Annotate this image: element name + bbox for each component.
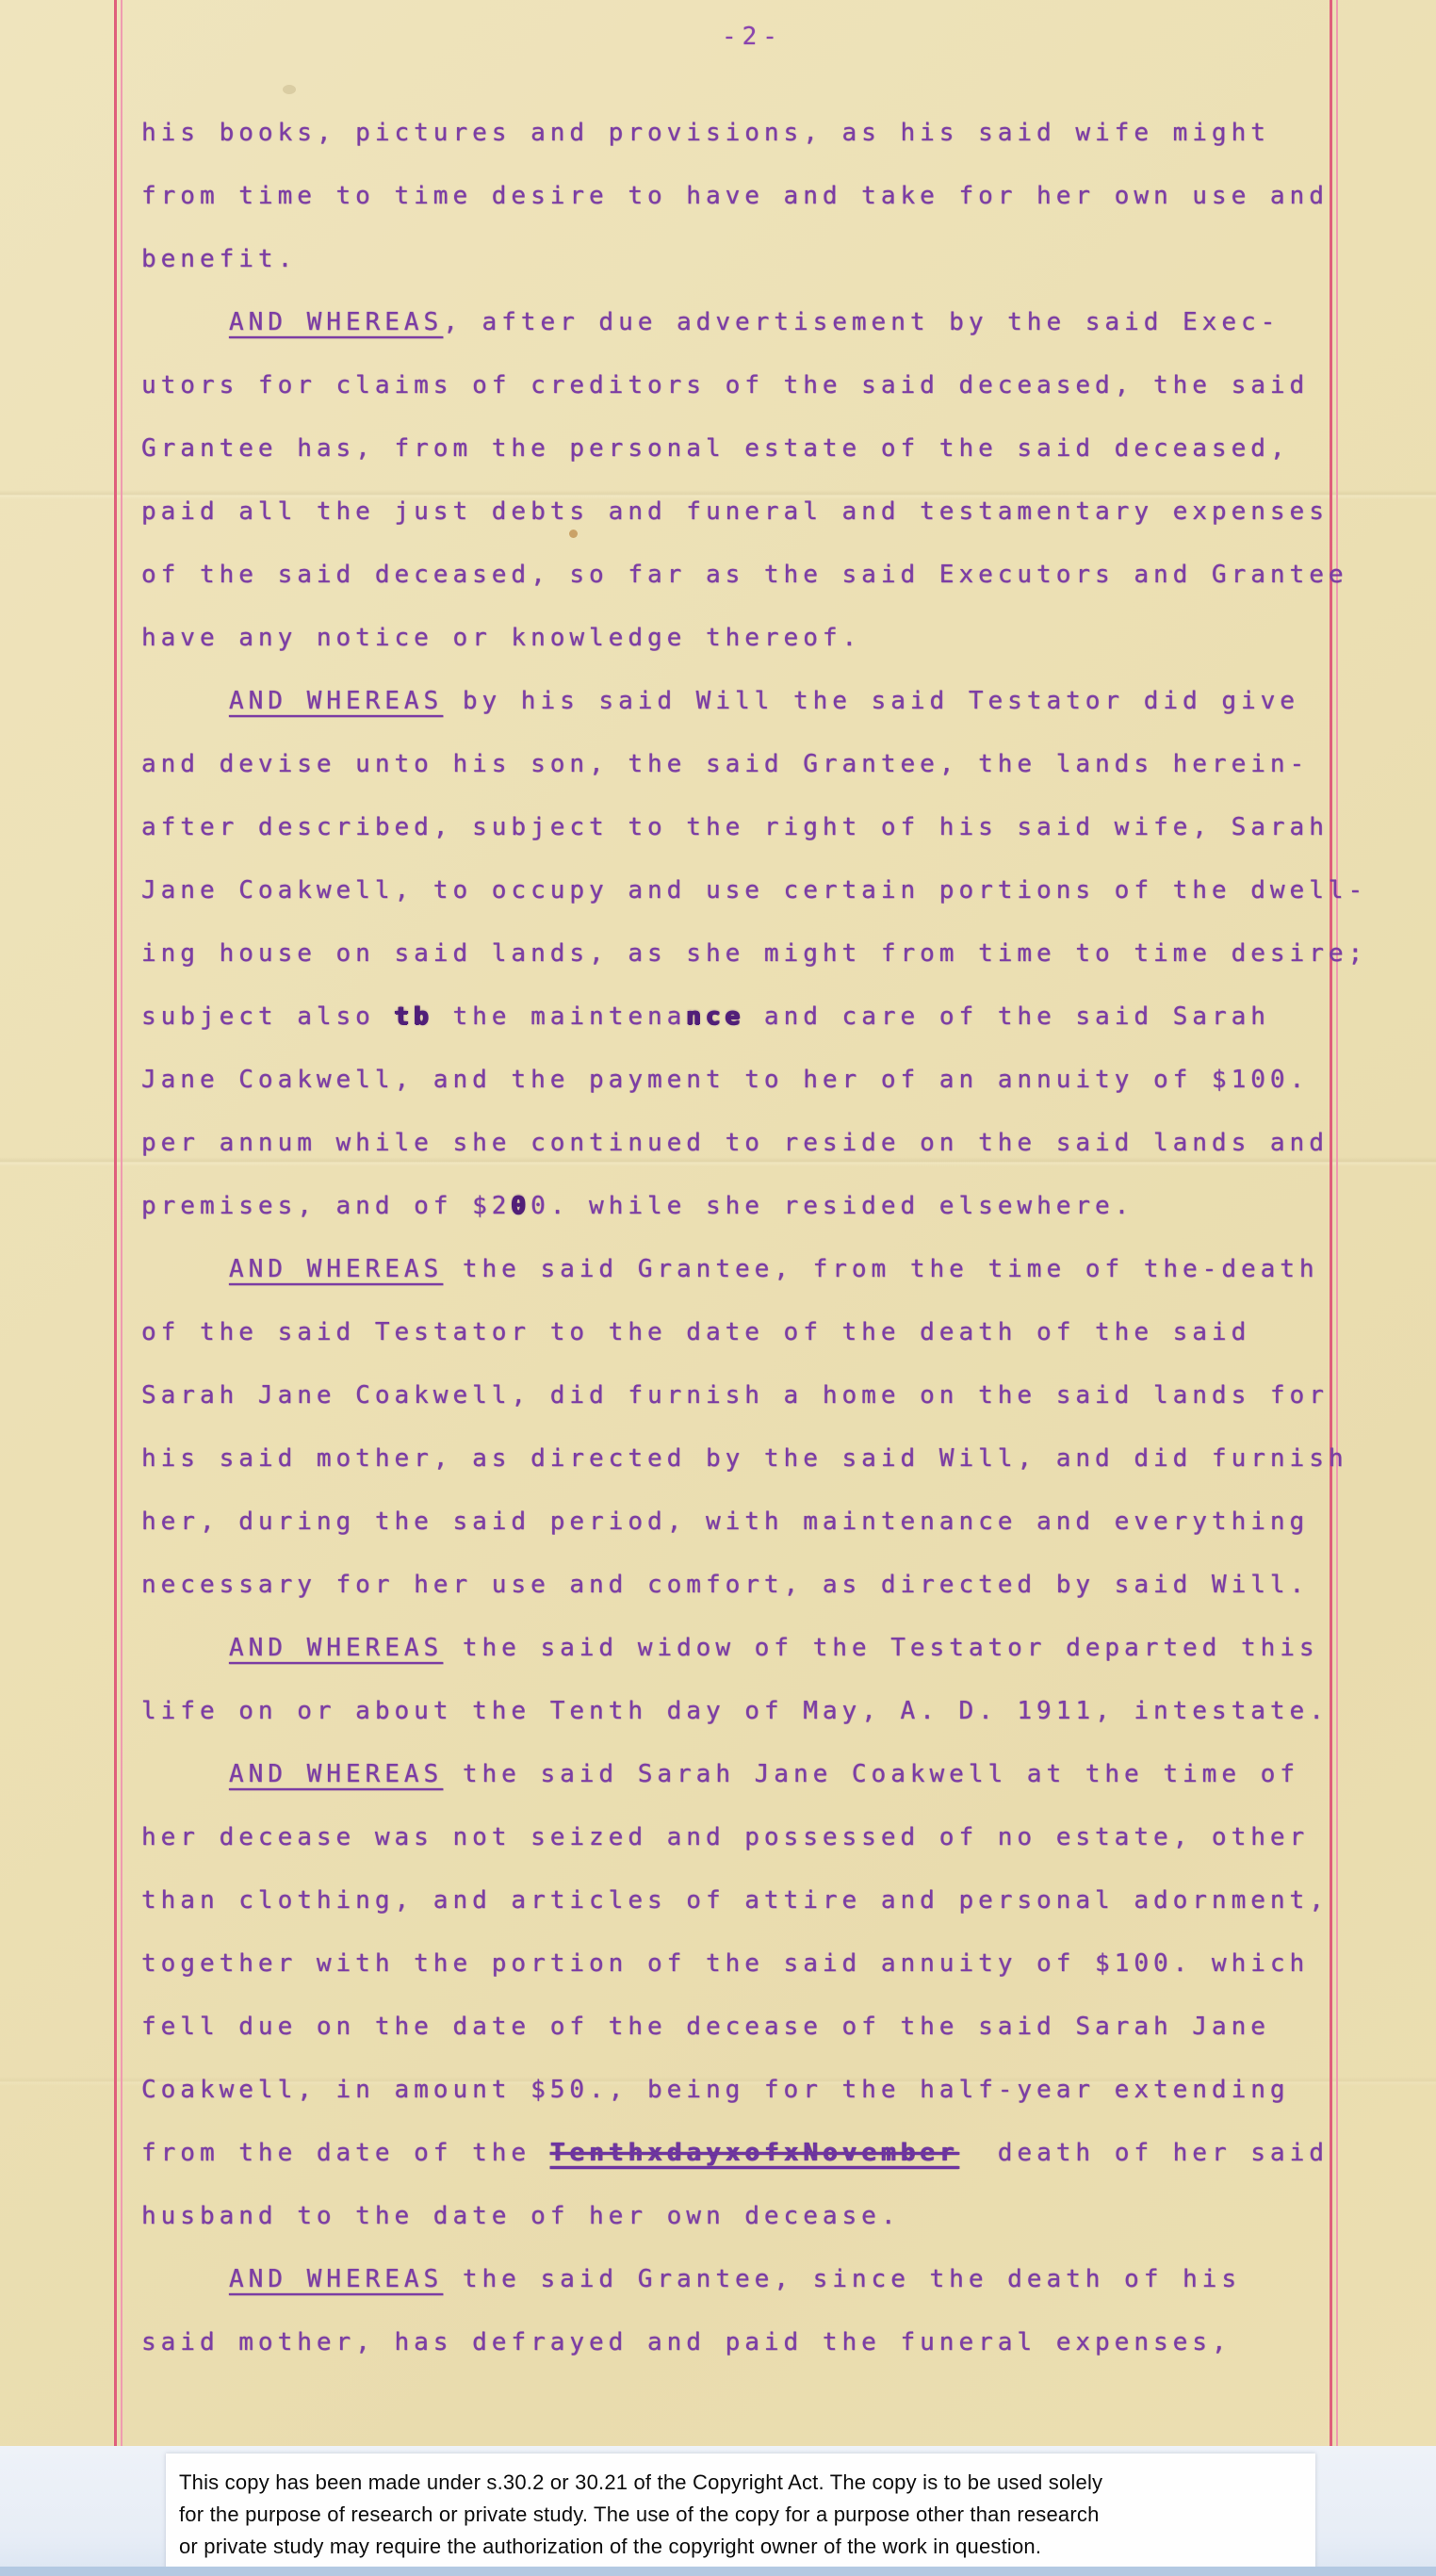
typed-segment: his books, pictures and provisions, as h… xyxy=(141,119,1270,147)
typed-segment-strike: TenthxdayxofxNovember xyxy=(550,2139,959,2167)
typed-line: Jane Coakwell, to occupy and use certain… xyxy=(141,859,1395,922)
typed-line: necessary for her use and comfort, as di… xyxy=(141,1554,1395,1617)
typed-segment: paid all the just debts and funeral and … xyxy=(141,497,1329,526)
typed-segment: of the said deceased, so far as the said… xyxy=(141,561,1348,589)
typed-segment: Coakwell, in amount $50., being for the … xyxy=(141,2076,1290,2104)
typed-line: than clothing, and articles of attire an… xyxy=(141,1869,1395,1932)
typed-segment: her, during the said period, with mainte… xyxy=(141,1508,1309,1536)
typed-segment-u: AND WHEREAS xyxy=(229,1255,443,1283)
typed-segment: after described, subject to the right of… xyxy=(141,813,1329,841)
typed-line: AND WHEREAS the said Grantee, since the … xyxy=(141,2248,1395,2311)
typed-line: husband to the date of her own decease. xyxy=(141,2185,1395,2248)
typed-segment: the said Grantee, since the death of his xyxy=(443,2265,1241,2293)
typed-segment: per annum while she continued to reside … xyxy=(141,1129,1329,1157)
left-margin-line-inner xyxy=(121,0,122,2470)
typed-segment-u: AND WHEREAS xyxy=(229,687,443,715)
typed-segment: the maintena xyxy=(433,1003,687,1031)
typed-segment-u: AND WHEREAS xyxy=(229,308,443,336)
typed-line: and devise unto his son, the said Grante… xyxy=(141,733,1395,796)
typed-segment: by his said Will the said Testator did g… xyxy=(443,687,1299,715)
typed-line: Sarah Jane Coakwell, did furnish a home … xyxy=(141,1364,1395,1427)
typed-line: together with the portion of the said an… xyxy=(141,1932,1395,1996)
typed-segment: husband to the date of her own decease. xyxy=(141,2202,900,2230)
typed-line: subject also tb the maintenance and care… xyxy=(141,986,1395,1049)
typed-segment: said mother, has defrayed and paid the f… xyxy=(141,2328,1232,2356)
typed-line: Coakwell, in amount $50., being for the … xyxy=(141,2059,1395,2122)
typed-line: premises, and of $200. while she resided… xyxy=(141,1175,1395,1238)
typed-line: AND WHEREAS the said Sarah Jane Coakwell… xyxy=(141,1743,1395,1806)
typed-segment: Jane Coakwell, to occupy and use certain… xyxy=(141,876,1367,905)
typed-segment: life on or about the Tenth day of May, A… xyxy=(141,1697,1329,1725)
typed-line: from the date of the TenthxdayxofxNovemb… xyxy=(141,2122,1395,2185)
paper-sheet: -2- his books, pictures and provisions, … xyxy=(0,0,1436,2470)
copyright-notice-line: for the purpose of research or private s… xyxy=(179,2499,1315,2531)
typed-segment: 0. while she resided elsewhere. xyxy=(530,1192,1134,1220)
left-margin-line-outer xyxy=(114,0,117,2470)
typed-line: his said mother, as directed by the said… xyxy=(141,1427,1395,1491)
typed-segment: the said widow of the Testator departed … xyxy=(443,1634,1318,1662)
typed-line: paid all the just debts and funeral and … xyxy=(141,481,1395,544)
typed-line: AND WHEREAS by his said Will the said Te… xyxy=(141,670,1395,733)
page-number: -2- xyxy=(722,23,783,51)
typed-segment: death of her said xyxy=(958,2139,1328,2167)
typed-segment: of the said Testator to the date of the … xyxy=(141,1318,1250,1346)
typed-segment: , after due advertisement by the said Ex… xyxy=(443,308,1280,336)
typed-segment: the said Grantee, from the time of the-d… xyxy=(443,1255,1318,1283)
typed-segment-u: AND WHEREAS xyxy=(229,2265,443,2293)
typed-line: of the said Testator to the date of the … xyxy=(141,1301,1395,1364)
scanned-document-screenshot: { "page": { "label": "-2-" }, "colors": … xyxy=(0,0,1436,2576)
typed-segment: Jane Coakwell, and the payment to her of… xyxy=(141,1066,1309,1094)
typed-line: AND WHEREAS the said widow of the Testat… xyxy=(141,1617,1395,1680)
typed-segment: from the date of the xyxy=(141,2139,550,2167)
typed-line: after described, subject to the right of… xyxy=(141,796,1395,859)
typed-segment-u: AND WHEREAS xyxy=(229,1634,443,1662)
typed-line: Grantee has, from the personal estate of… xyxy=(141,417,1395,481)
typed-line: per annum while she continued to reside … xyxy=(141,1112,1395,1175)
typed-segment: Sarah Jane Coakwell, did furnish a home … xyxy=(141,1381,1329,1410)
copyright-notice-line: This copy has been made under s.30.2 or … xyxy=(179,2467,1315,2499)
typed-segment: fell due on the date of the decease of t… xyxy=(141,2013,1270,2041)
typed-line: from time to time desire to have and tak… xyxy=(141,165,1395,228)
typed-segment: have any notice or knowledge thereof. xyxy=(141,624,861,652)
typed-segment: and devise unto his son, the said Grante… xyxy=(141,750,1309,778)
typed-segment: Grantee has, from the personal estate of… xyxy=(141,434,1290,463)
typed-line: fell due on the date of the decease of t… xyxy=(141,1996,1395,2059)
typed-segment: premises, and of $2 xyxy=(141,1192,511,1220)
typed-segment: and care of the said Sarah xyxy=(744,1003,1270,1031)
typed-text-body: his books, pictures and provisions, as h… xyxy=(141,102,1395,2374)
typed-segment: than clothing, and articles of attire an… xyxy=(141,1886,1329,1915)
typed-segment: ing house on said lands, as she might fr… xyxy=(141,939,1367,968)
typed-line: life on or about the Tenth day of May, A… xyxy=(141,1680,1395,1743)
typed-line: AND WHEREAS the said Grantee, from the t… xyxy=(141,1238,1395,1301)
typed-line: said mother, has defrayed and paid the f… xyxy=(141,2311,1395,2374)
paper-stain xyxy=(283,85,296,94)
typed-segment-u: AND WHEREAS xyxy=(229,1760,443,1788)
typed-line: utors for claims of creditors of the sai… xyxy=(141,354,1395,417)
typed-line: ing house on said lands, as she might fr… xyxy=(141,922,1395,986)
copyright-notice-box: This copy has been made under s.30.2 or … xyxy=(166,2454,1315,2574)
typed-segment: benefit. xyxy=(141,245,297,273)
typed-segment: his said mother, as directed by the said… xyxy=(141,1444,1348,1473)
typed-segment: subject also xyxy=(141,1003,395,1031)
typed-line: Jane Coakwell, and the payment to her of… xyxy=(141,1049,1395,1112)
typed-line: AND WHEREAS, after due advertisement by … xyxy=(141,291,1395,354)
copyright-notice-line: or private study may require the authori… xyxy=(179,2531,1315,2563)
typed-line: her decease was not seized and possessed… xyxy=(141,1806,1395,1869)
typed-line: have any notice or knowledge thereof. xyxy=(141,607,1395,670)
scan-edge-strip xyxy=(0,2567,1436,2576)
typed-segment: her decease was not seized and possessed… xyxy=(141,1823,1309,1851)
typed-line: his books, pictures and provisions, as h… xyxy=(141,102,1395,165)
typed-segment-blot: tb xyxy=(395,1003,433,1031)
typed-segment: together with the portion of the said an… xyxy=(141,1949,1309,1978)
typed-line: of the said deceased, so far as the said… xyxy=(141,544,1395,607)
typed-segment: necessary for her use and comfort, as di… xyxy=(141,1571,1309,1599)
typed-segment-blot: nce xyxy=(686,1003,744,1031)
typed-segment: from time to time desire to have and tak… xyxy=(141,182,1329,210)
typed-line: benefit. xyxy=(141,228,1395,291)
typed-line: her, during the said period, with mainte… xyxy=(141,1491,1395,1554)
typed-segment-blot: 0 xyxy=(511,1192,530,1220)
typed-segment: the said Sarah Jane Coakwell at the time… xyxy=(443,1760,1299,1788)
typed-segment: utors for claims of creditors of the sai… xyxy=(141,371,1309,399)
